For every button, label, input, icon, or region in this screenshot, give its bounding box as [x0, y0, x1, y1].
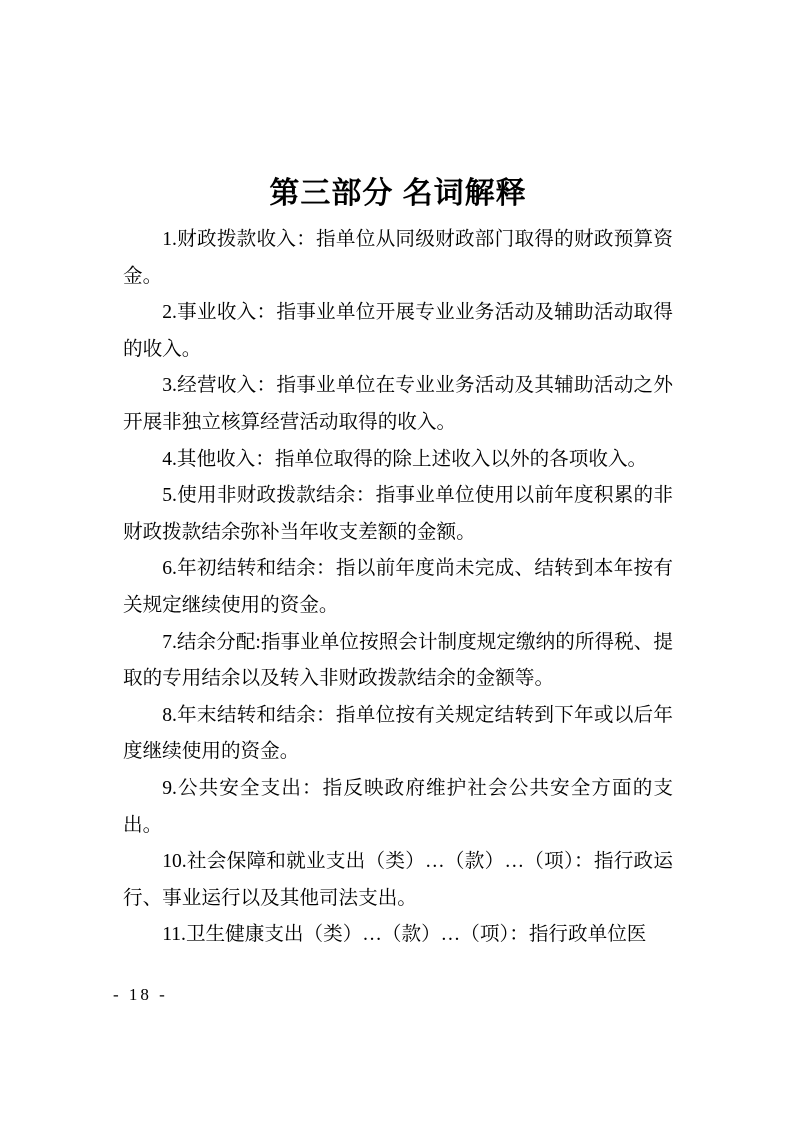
glossary-item-10: 10.社会保障和就业支出（类）…（款）…（项）：指行政运行、事业运行以及其他司法…: [123, 844, 673, 917]
glossary-item-3: 3.经营收入：指事业单位在专业业务活动及其辅助活动之外开展非独立核算经营活动取得…: [123, 368, 673, 441]
glossary-item-7: 7.结余分配:指事业单位按照会计制度规定缴纳的所得税、提取的专用结余以及转入非财…: [123, 625, 673, 698]
glossary-item-6: 6.年初结转和结余：指以前年度尚未完成、结转到本年按有关规定继续使用的资金。: [123, 551, 673, 624]
page-number: - 18 -: [113, 985, 168, 1005]
glossary-item-1: 1.财政拨款收入：指单位从同级财政部门取得的财政预算资金。: [123, 222, 673, 295]
page-content: 第三部分 名词解释 1.财政拨款收入：指单位从同级财政部门取得的财政预算资金。 …: [123, 176, 673, 954]
glossary-item-8: 8.年末结转和结余：指单位按有关规定结转到下年或以后年度继续使用的资金。: [123, 698, 673, 771]
glossary-item-11: 11.卫生健康支出（类）…（款）…（项）：指行政单位医: [123, 917, 673, 954]
section-title: 第三部分 名词解释: [123, 176, 673, 212]
glossary-item-5: 5.使用非财政拨款结余：指事业单位使用以前年度积累的非财政拨款结余弥补当年收支差…: [123, 478, 673, 551]
glossary-item-4: 4.其他收入：指单位取得的除上述收入以外的各项收入。: [123, 442, 673, 479]
glossary-item-2: 2.事业收入：指事业单位开展专业业务活动及辅助活动取得的收入。: [123, 295, 673, 368]
glossary-body: 1.财政拨款收入：指单位从同级财政部门取得的财政预算资金。 2.事业收入：指事业…: [123, 222, 673, 954]
document-page: 第三部分 名词解释 1.财政拨款收入：指单位从同级财政部门取得的财政预算资金。 …: [0, 0, 793, 1122]
glossary-item-9: 9.公共安全支出：指反映政府维护社会公共安全方面的支出。: [123, 771, 673, 844]
